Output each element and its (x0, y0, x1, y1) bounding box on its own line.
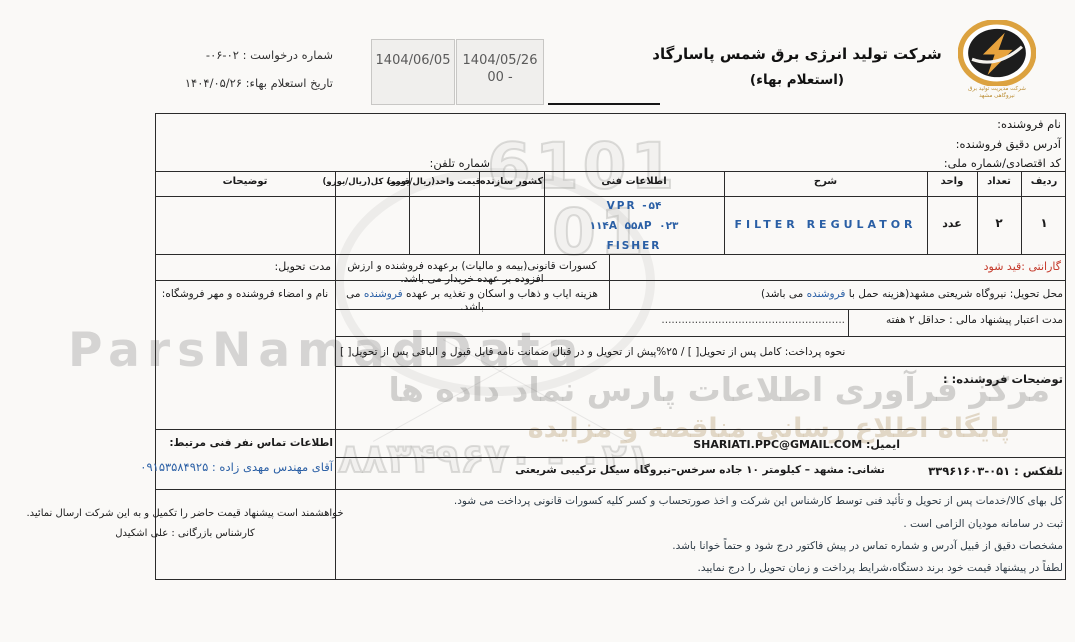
seller-notes-label: توضیحات فروشنده: : (943, 372, 1063, 386)
table-line-h3 (155, 254, 1065, 255)
delivery-place-pre: محل تحویل: نیروگاه شریعتی مشهد(هزینه حمل… (845, 288, 1063, 300)
delivery-place-seller-word: فروشنده (807, 288, 846, 300)
email-value: SHARIATI.PPC@GMAIL.COM (693, 438, 862, 451)
table-line-h4 (155, 280, 1065, 281)
table-line-h2 (155, 196, 1065, 197)
note-right-3: مشخصات دقیق از قبیل آدرس و شماره تماس در… (672, 540, 1063, 553)
travel-pre: هزینه ایاب و ذهاب و اسکان و تغذیه بر عهد… (403, 288, 598, 300)
guarantee-note: گارانتی :قید شود (984, 260, 1061, 274)
note-left-1: خواهشمند است پیشنهاد قیمت حاضر را تکمیل … (25, 508, 345, 521)
note-right-1: کل بهای کالا/خدمات پس از تحویل و تأئید ف… (454, 495, 1063, 508)
note-right-2: ثبت در سامانه مودیان الزامی است . (903, 518, 1063, 531)
col-header-total-price: قیمت کل(ریال/یورو) (334, 177, 410, 188)
tech-contact-title: اطلاعات تماس نفر فنی مرتبط: (169, 437, 333, 450)
signature-label: نام و امضاء فروشنده و مهر فروشگاه: (158, 288, 332, 301)
validity-note: مدت اعتبار پیشنهاد مالی : حداقل ۲ هفته (886, 314, 1063, 327)
note-left-2: کارشناس بازرگانی : علی اشکیدل (25, 528, 345, 541)
seller-name-field: نام فروشنده: (997, 117, 1061, 131)
travel-seller-word: فروشنده (364, 288, 403, 300)
logo-caption: شرکت مدیریت تولید برق نیروگاهی مشهد (955, 86, 1039, 99)
row-unit-cell: عدد (927, 217, 977, 231)
table-line-h8 (155, 429, 1065, 430)
table-line-h1 (155, 171, 1065, 172)
table-line-h9 (335, 457, 1065, 458)
date-box-right-value: 1404/05/26 (463, 53, 538, 68)
logo-caption-line1: شرکت مدیریت تولید برق (968, 86, 1026, 92)
date-box-right: 1404/05/26 00 - (456, 39, 544, 105)
col-header-tech-info: اطلاعات فنی (544, 176, 724, 189)
address-value: نشانی: مشهد – کیلومتر ۱۰ جاده سرخس–نیروگ… (400, 464, 1000, 477)
delivery-place-post: می باشد) (761, 288, 807, 300)
col-header-country: کشور سازنده (479, 176, 544, 188)
table-line-v-validity (848, 309, 849, 336)
seller-economic-code-field: کد اقتصادی/شماره ملی: (944, 156, 1061, 170)
row-qty-cell: ۲ (977, 216, 1021, 231)
deductions-note: کسورات قانونی(بیمه و مالیات) برعهده فروش… (337, 260, 607, 286)
header-rule (548, 103, 660, 105)
delivery-place-note: محل تحویل: نیروگاه شریعتی مشهد(هزینه حمل… (761, 288, 1063, 301)
payment-terms-note: نحوه پرداخت: کامل پس از تحویل[ ] / ۲۵%پی… (340, 346, 845, 359)
company-logo: شرکت مدیریت تولید برق نیروگاهی مشهد (955, 20, 1039, 100)
date-box-right-value2: 00 - (487, 70, 512, 85)
inquiry-document-page: 6101 01 ParsNamadData مرکز فرآوری اطلاعا… (0, 0, 1075, 642)
col-header-qty: تعداد (977, 176, 1021, 189)
row-tech-line2: ۱۱۴A ۵۵۸P ۰۲۳ (544, 220, 724, 233)
seller-phone-field: شماره تلفن: (430, 156, 490, 170)
row-description-cell: FILTER REGULATOR (724, 218, 927, 232)
row-number-cell: ۱ (1021, 216, 1067, 231)
col-header-unit: واحد (927, 176, 977, 189)
date-box-left-value: 1404/06/05 (376, 53, 451, 68)
row-tech-line1: VPR -۵۴ (544, 200, 724, 213)
inquiry-date: تاریخ استعلام بهاء: ۱۴۰۴/۰۵/۲۶ (20, 76, 333, 90)
col-header-row-no: ردیف (1021, 176, 1067, 189)
seller-address-field: آدرس دقیق فروشنده: (956, 137, 1061, 151)
date-box-left: 1404/06/05 (371, 39, 455, 105)
col-header-description: شرح (724, 176, 927, 189)
table-line-h7 (335, 366, 1065, 367)
company-title: شرکت تولید انرژی برق شمس پاسارگاد (617, 45, 977, 64)
travel-expenses-note: هزینه ایاب و ذهاب و اسکان و تغذیه بر عهد… (337, 288, 607, 314)
table-line-h10 (155, 489, 1065, 490)
email-row: ایمیل: SHARIATI.PPC@GMAIL.COM (693, 438, 900, 452)
table-line-h6 (335, 336, 1065, 337)
logo-emblem-icon (958, 20, 1036, 86)
row-tech-line3: FISHER (544, 240, 724, 253)
delivery-period-label: مدت تحویل: (275, 260, 331, 274)
col-header-unit-price: قیمت واحد(ریال/یورو) (407, 177, 481, 188)
tech-contact-person: آقای مهندس مهدی زاده : ۰۹۱۵۳۵۸۴۹۲۵ (140, 460, 333, 474)
logo-caption-line2: نیروگاهی مشهد (979, 93, 1015, 99)
table-line-v-terms (609, 254, 610, 309)
request-number: شماره درخواست : ۰۲-۰۶- (20, 48, 333, 62)
email-label: ایمیل: (866, 438, 900, 451)
note-right-4: لطفاً در پیشنهاد قیمت خود برند دستگاه،شر… (698, 562, 1063, 575)
form-subtitle: (استعلام بهاء) (617, 72, 977, 89)
col-header-remarks: توضیحات (155, 176, 335, 189)
validity-dots: ........................................… (661, 314, 845, 327)
